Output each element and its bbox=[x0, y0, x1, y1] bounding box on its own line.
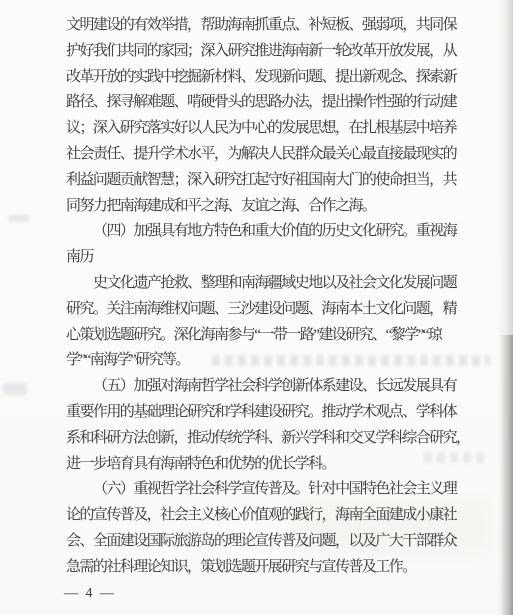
document-text-line: 重要作用的基础理论研究和学科建设研究。推动学术观点、学科体 bbox=[66, 400, 486, 426]
scanned-document-page: 文明建设的有效举措，帮助海南抓重点、补短板、强弱项，共同保护好我们共同的家园；深… bbox=[0, 0, 513, 615]
document-text-line: （四）加强具有地方特色和重大价值的历史文化研究。重视海 bbox=[66, 219, 486, 245]
ink-bleed-artifact bbox=[3, 383, 27, 395]
document-text-line: 社会责任、提升学术水平，为解决人民群众最关心最直接最现实的 bbox=[66, 142, 486, 168]
document-text-line: 研究。关注南海维权问题、三沙建设问题、海南本土文化问题，精 bbox=[66, 297, 486, 323]
document-text-line: 议；深入研究落实好以人民为中心的发展思想，在扎根基层中培养 bbox=[66, 116, 486, 142]
document-text-line: （六）重视哲学社会科学宣传普及。针对中国特色社会主义理 bbox=[66, 477, 486, 503]
page-number: — 4 — bbox=[64, 586, 116, 602]
document-text-line: 史文化遗产抢救、整理和南海疆域史地以及社会文化发展问题 bbox=[66, 271, 486, 297]
document-text-line: 改革开放的实践中挖掘新材料、发现新问题、提出新观念、探索新 bbox=[66, 65, 486, 91]
document-text-line: 进一步培育具有海南特色和优势的优长学科。 bbox=[66, 452, 486, 478]
document-text-line: 急需的社科理论知识，策划选题开展研究与宣传普及工作。 bbox=[66, 555, 486, 581]
document-text-line: 会、全面建设国际旅游岛的理论宣传普及问题，以及广大干部群众 bbox=[66, 529, 486, 555]
document-text-line: 系和科研方法创新，推动传统学科、新兴学科和交叉学科综合研究， bbox=[66, 426, 486, 452]
document-text-line: 同努力把南海建成和平之海、友谊之海、合作之海。 bbox=[66, 194, 486, 220]
document-text-line: 文明建设的有效举措，帮助海南抓重点、补短板、强弱项，共同保 bbox=[66, 13, 486, 39]
scan-smudge-artifact bbox=[8, 215, 30, 222]
document-text-line: 心策划选题研究。深化海南参与“一带一路”建设研究、“黎学”“琼 bbox=[66, 323, 486, 349]
scan-edge-shadow-lower bbox=[500, 335, 513, 615]
document-text-line: 论的宣传普及，社会主义核心价值观的践行，海南全面建成小康社 bbox=[66, 503, 486, 529]
document-body-text: 文明建设的有效举措，帮助海南抓重点、补短板、强弱项，共同保护好我们共同的家园；深… bbox=[66, 13, 486, 581]
document-text-line: 护好我们共同的家园；深入研究推进海南新一轮改革开放发展，从 bbox=[66, 39, 486, 65]
document-text-line: 路径、探寻解难题、啃硬骨头的思路办法，提出操作性强的行动建 bbox=[66, 90, 486, 116]
document-text-line: 利益问题贡献智慧；深入研究扛起守好祖国南大门的使命担当，共 bbox=[66, 168, 486, 194]
document-text-line: 南历 bbox=[66, 245, 486, 271]
document-text-line: （五）加强对海南哲学社会科学创新体系建设、长远发展具有 bbox=[66, 374, 486, 400]
document-text-line: 学”“南海学”研究等。 bbox=[66, 348, 486, 374]
